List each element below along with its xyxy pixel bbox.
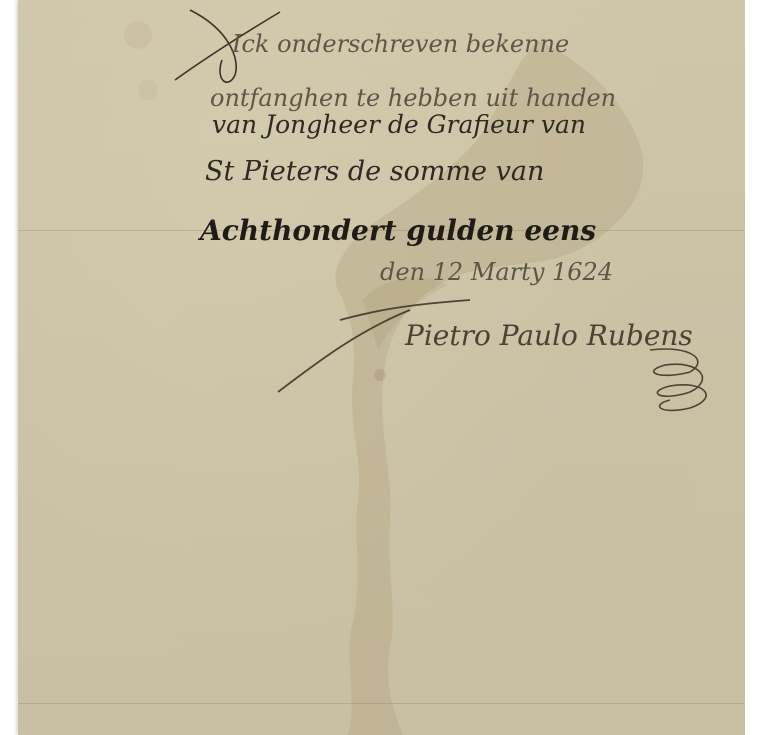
- handwriting: Ick onderschreven bekenne ontfanghen te …: [0, 0, 768, 735]
- date-line: den 12 Marty 1624: [380, 258, 613, 286]
- text-line-5: Achthondert gulden eens: [197, 214, 596, 247]
- text-line-3: van Jongheer de Grafieur van: [212, 110, 586, 139]
- text-line-1: Ick onderschreven bekenne: [231, 30, 569, 58]
- text-line-4: St Pieters de somme van: [205, 156, 544, 187]
- signature: Pietro Paulo Rubens: [404, 319, 693, 352]
- text-line-2: ontfanghen te hebben uit handen: [210, 84, 616, 112]
- signature-paraph: [650, 349, 706, 410]
- document-stage: Ick onderschreven bekenne ontfanghen te …: [0, 0, 768, 735]
